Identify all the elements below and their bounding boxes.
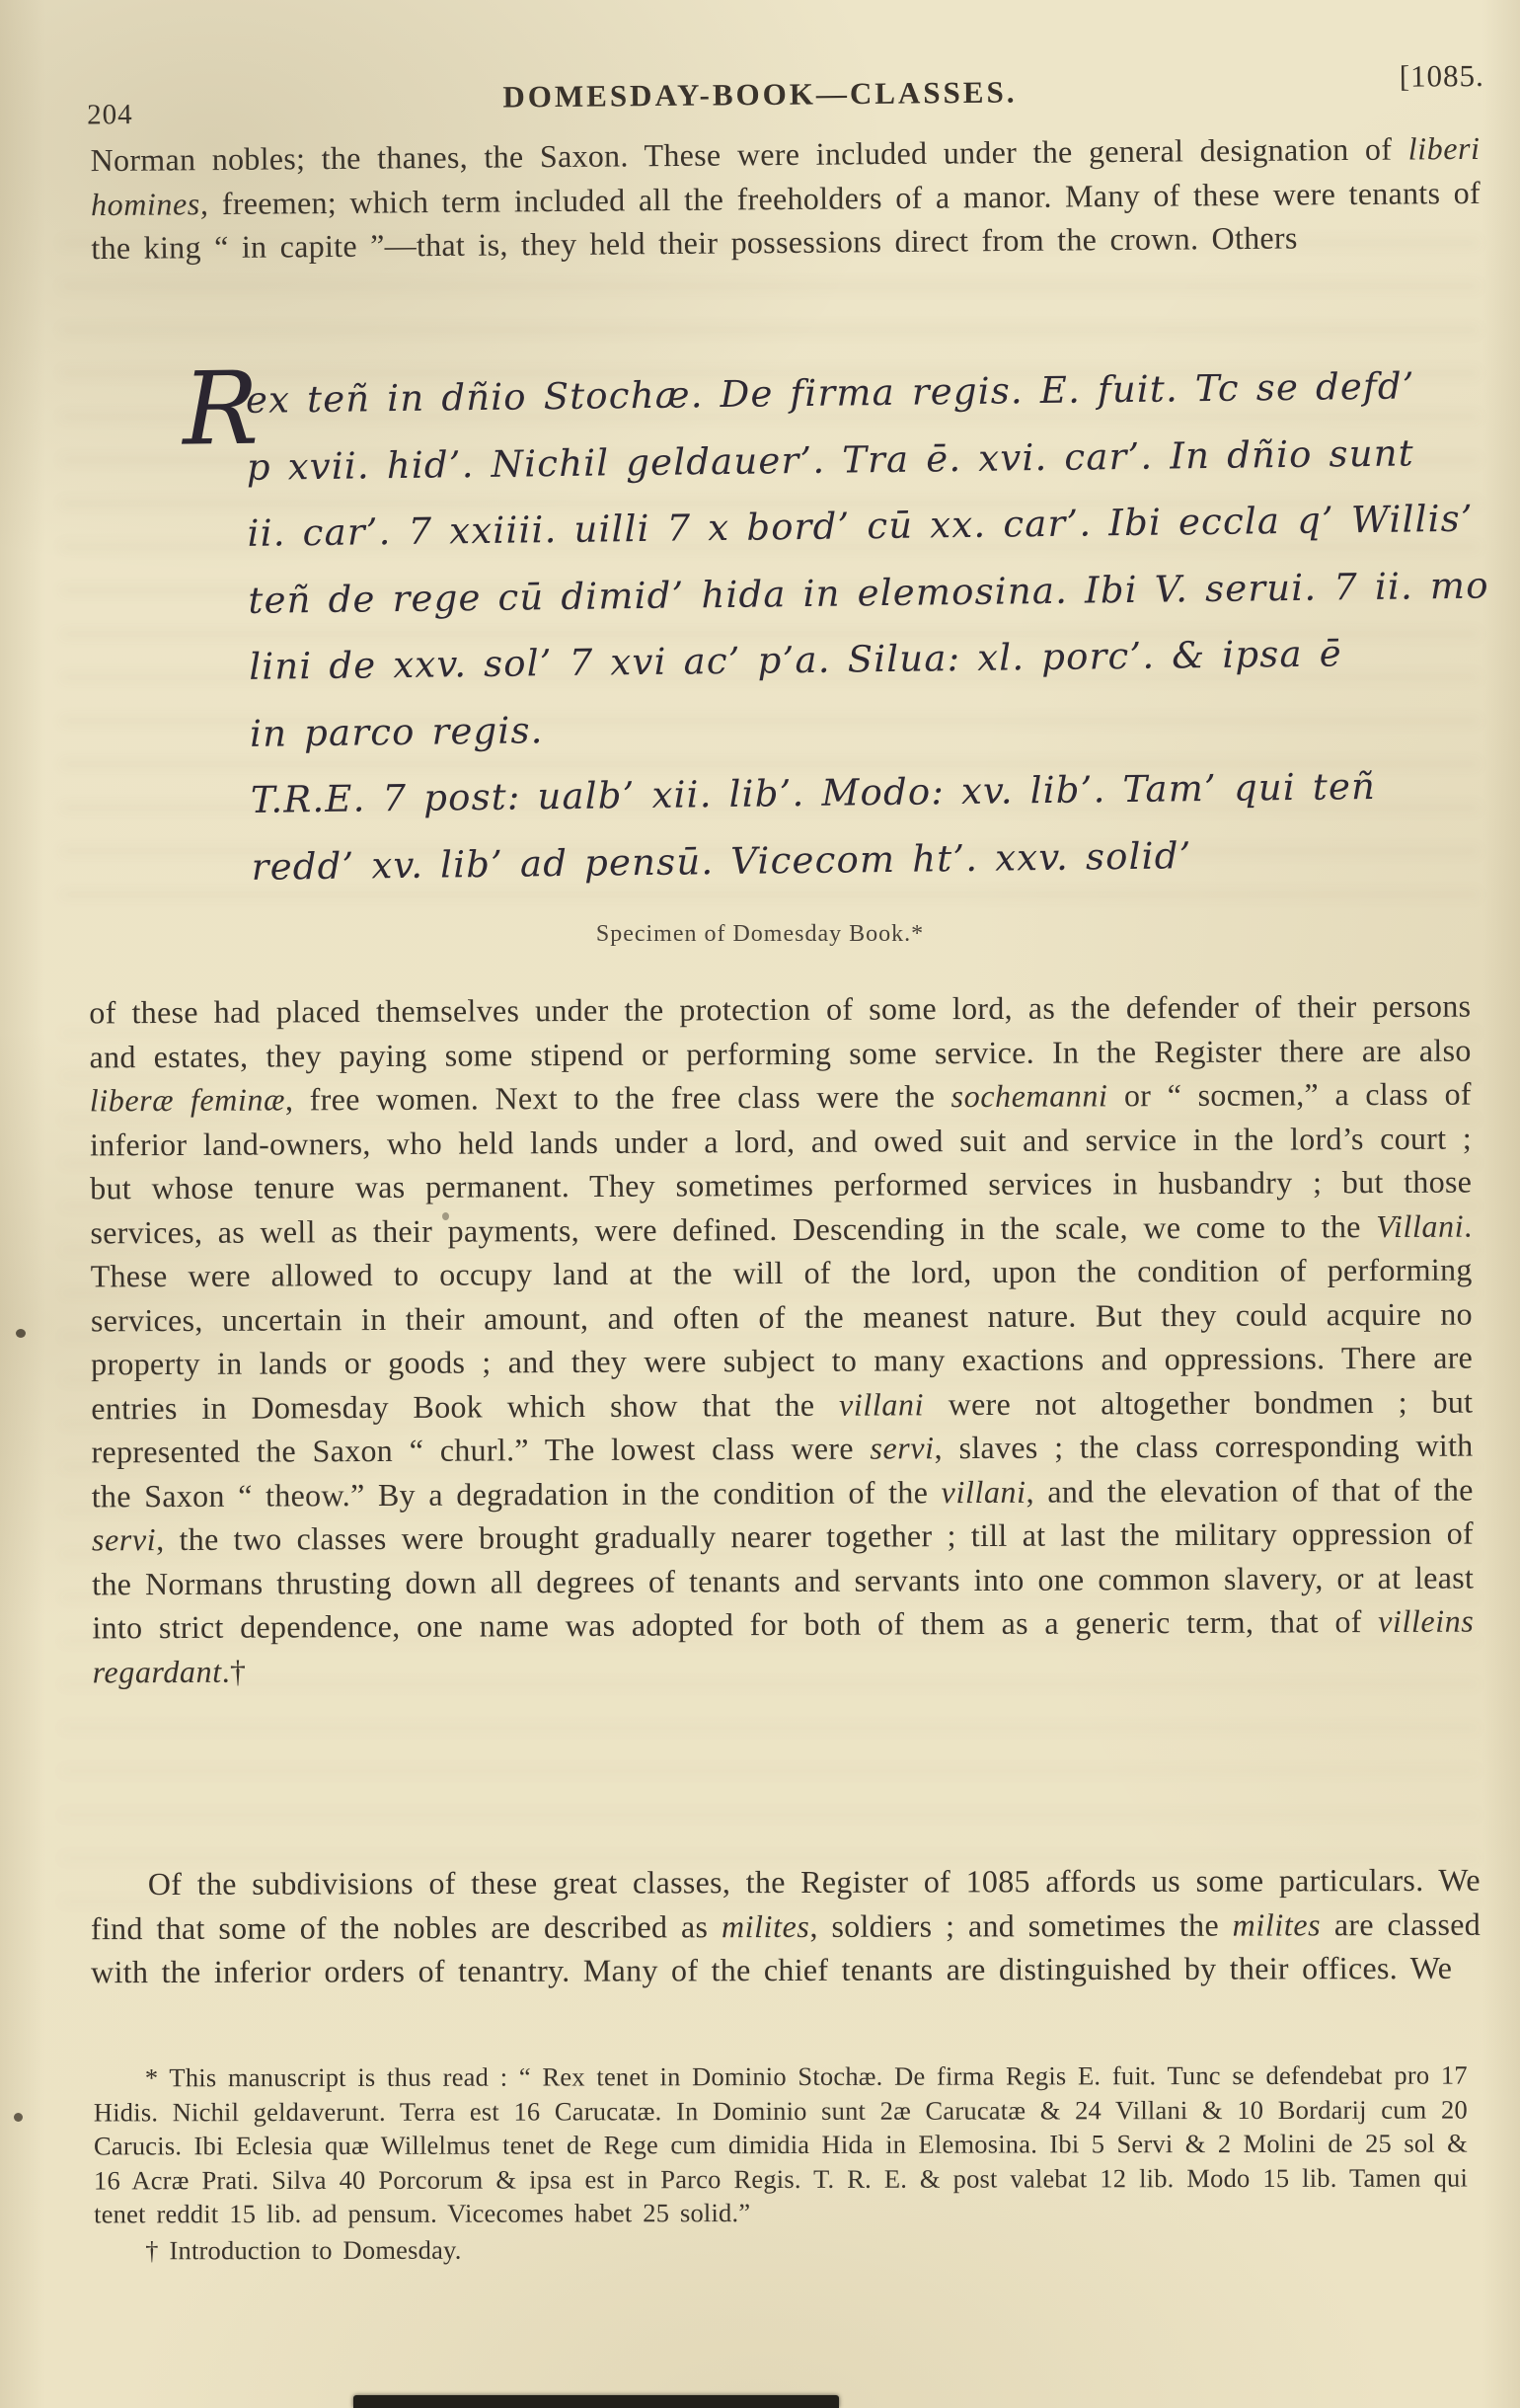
manuscript-initial-r: R [183, 365, 261, 455]
manuscript-line: p xvii. hid’. Nichil geldauer’. Tra ē. x… [247, 434, 1195, 512]
scan-artifact-bar [353, 2395, 839, 2408]
manuscript-specimen: Rex teñ in dñio Stochæ. De firma regis. … [246, 367, 1200, 912]
footnotes: * This manuscript is thus read : “ Rex t… [94, 2058, 1468, 2268]
ink-speck [14, 2113, 23, 2122]
manuscript-line: in parco regis. [250, 701, 1198, 779]
manuscript-line: redd’ xv. lib’ ad pensū. Vicecom ht’. xx… [252, 834, 1200, 912]
running-title: DOMESDAY-BOOK—CLASSES. [0, 70, 1520, 120]
manuscript-line: Rex teñ in dñio Stochæ. De firma regis. … [246, 367, 1194, 445]
manuscript-line-text: ex teñ in dñio Stochæ. De firma regis. E… [246, 364, 1415, 421]
manuscript-line: teñ de rege cū dimid’ hida in elemosina.… [248, 568, 1196, 646]
ink-speck [16, 1329, 26, 1338]
manuscript-line: T.R.E. 7 post: ualb’ xii. lib’. Modo: xv… [251, 767, 1199, 845]
footnote-manuscript-reading: * This manuscript is thus read : “ Rex t… [94, 2058, 1468, 2231]
paragraph-classes: of these had placed themselves under the… [89, 984, 1474, 1694]
paragraph-subdivisions: Of the subdivisions of these great class… [91, 1858, 1481, 1994]
manuscript-line: ii. car’. 7 xxiiii. uilli 7 x bord’ cū x… [247, 501, 1195, 579]
year-marker: [1085. [1400, 58, 1484, 95]
manuscript-line: lini de xxv. sol’ 7 xvi ac’ p’a. Silua: … [249, 634, 1197, 712]
ink-speck [442, 1212, 449, 1220]
paragraph-freemen: Norman nobles; the thanes, the Saxon. Th… [90, 126, 1481, 271]
specimen-caption: Specimen of Domesday Book.* [0, 921, 1520, 948]
footnote-introduction: † Introduction to Domesday. [145, 2230, 1468, 2267]
book-page: 204 DOMESDAY-BOOK—CLASSES. [1085. Norman… [0, 0, 1520, 2408]
